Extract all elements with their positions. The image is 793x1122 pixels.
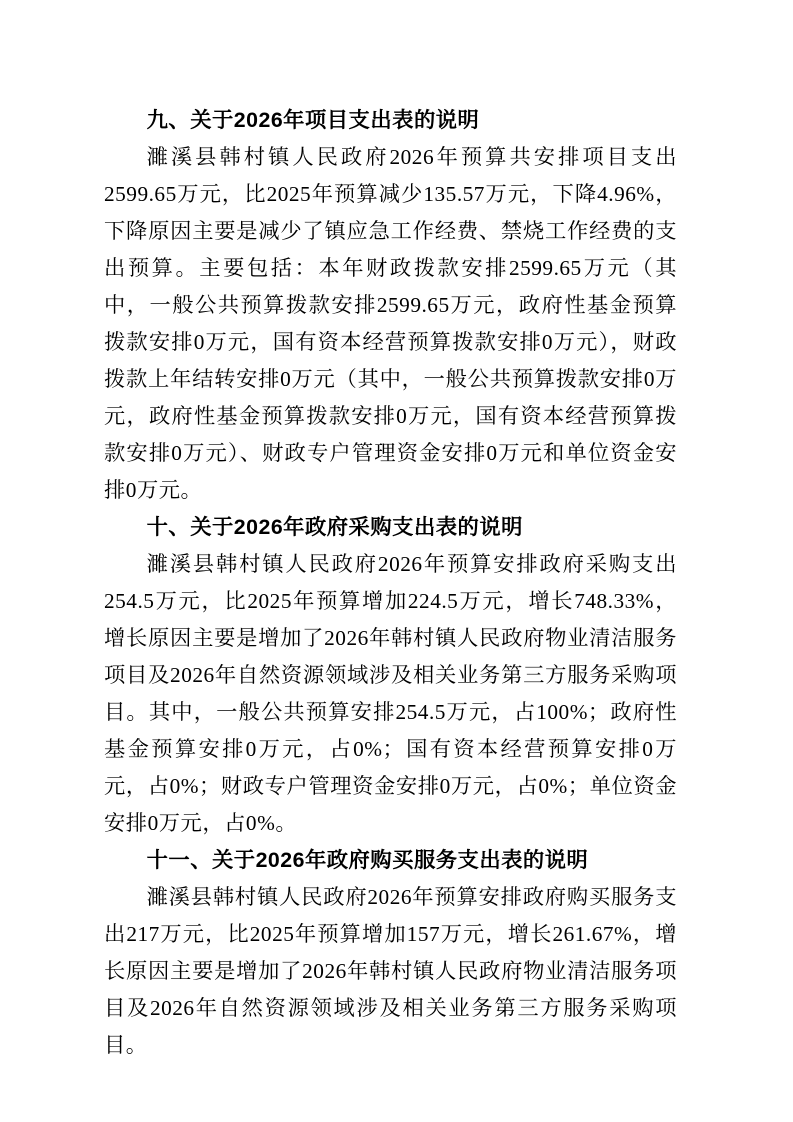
section-project-expenditure: 九、关于2026年项目支出表的说明 濉溪县韩村镇人民政府2026年预算共安排项目…: [104, 102, 677, 509]
section-body-11: 濉溪县韩村镇人民政府2026年预算安排政府购买服务支出217万元，比2025年预…: [104, 879, 677, 1064]
section-body-9: 濉溪县韩村镇人民政府2026年预算共安排项目支出2599.65万元，比2025年…: [104, 139, 677, 509]
section-heading-10: 十、关于2026年政府采购支出表的说明: [104, 509, 677, 546]
section-heading-11: 十一、关于2026年政府购买服务支出表的说明: [104, 842, 677, 879]
section-government-procurement: 十、关于2026年政府采购支出表的说明 濉溪县韩村镇人民政府2026年预算安排政…: [104, 509, 677, 842]
section-purchased-services: 十一、关于2026年政府购买服务支出表的说明 濉溪县韩村镇人民政府2026年预算…: [104, 842, 677, 1064]
section-heading-9: 九、关于2026年项目支出表的说明: [104, 102, 677, 139]
section-body-10: 濉溪县韩村镇人民政府2026年预算安排政府采购支出254.5万元，比2025年预…: [104, 546, 677, 842]
document-page: 九、关于2026年项目支出表的说明 濉溪县韩村镇人民政府2026年预算共安排项目…: [0, 0, 793, 1122]
